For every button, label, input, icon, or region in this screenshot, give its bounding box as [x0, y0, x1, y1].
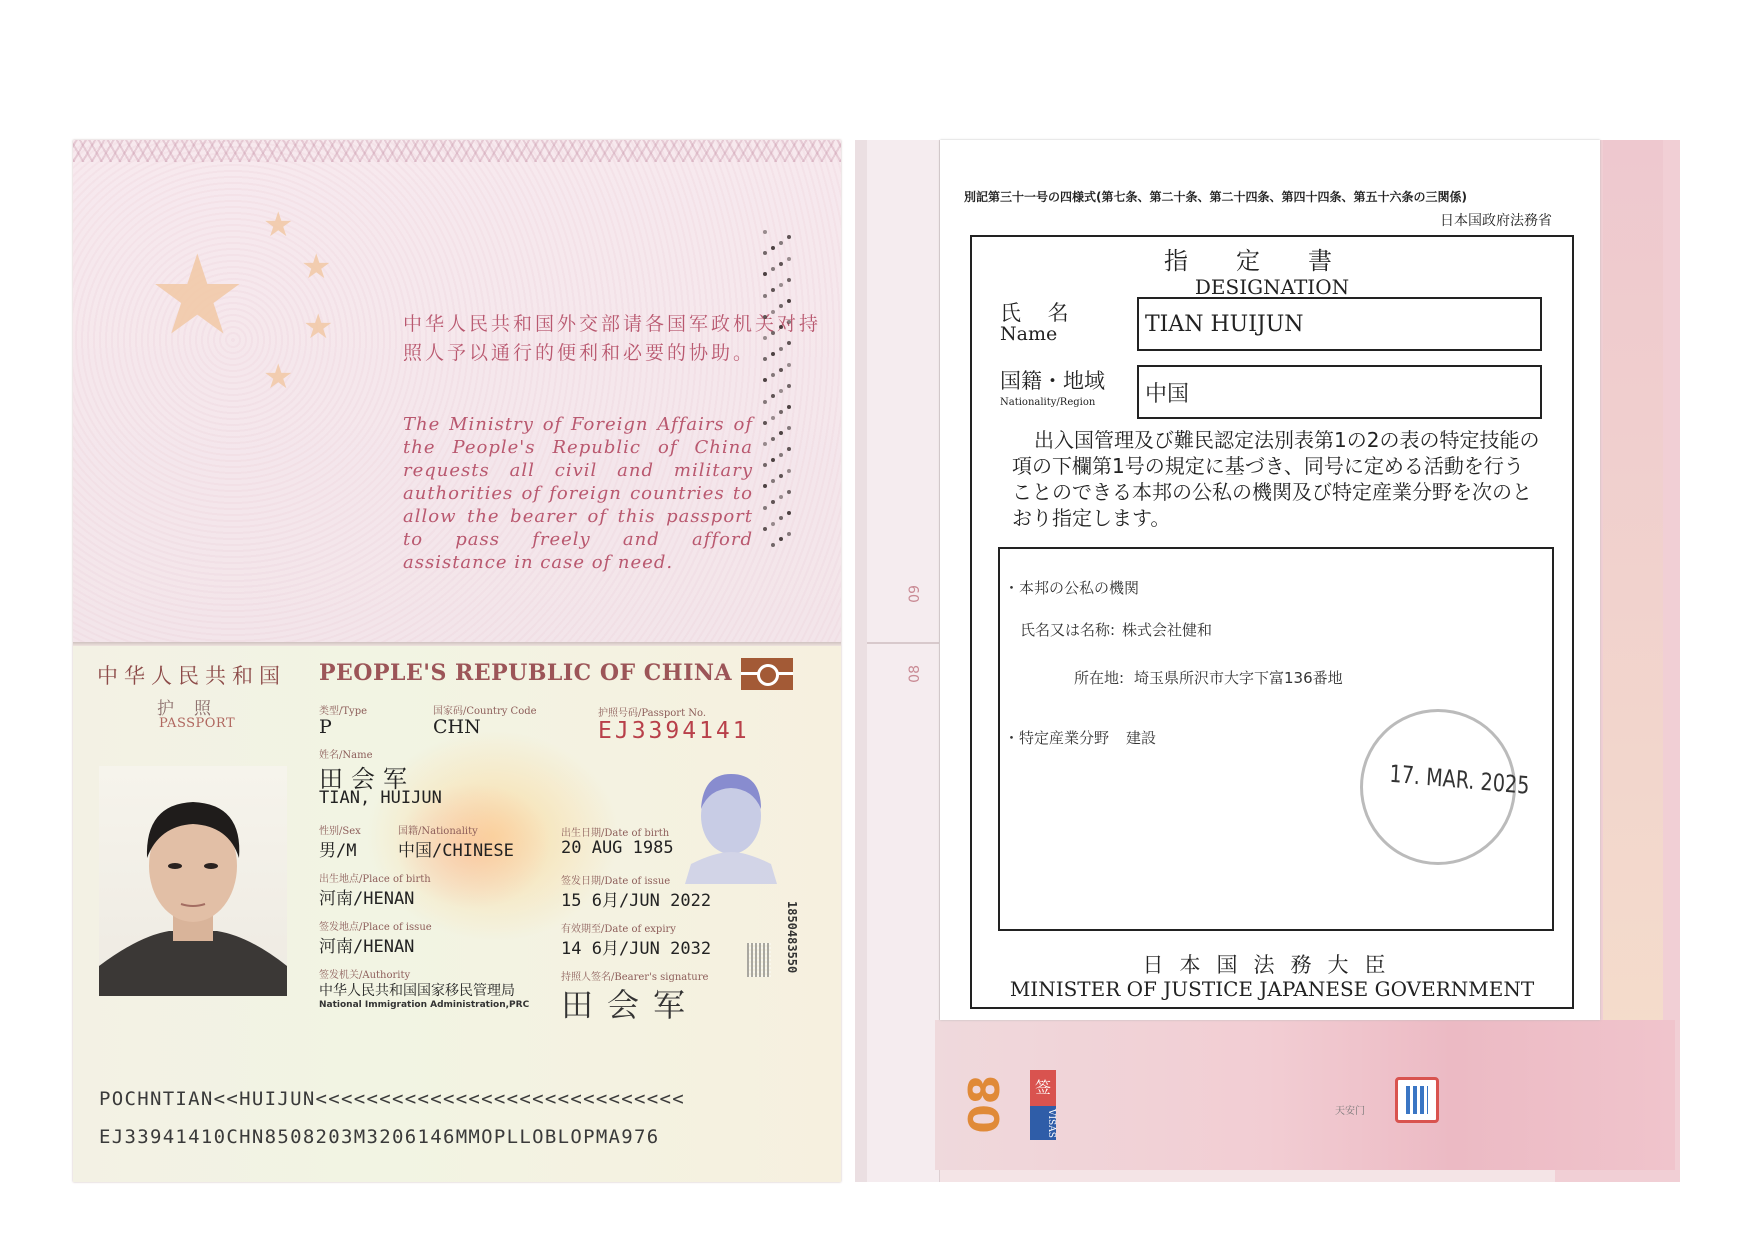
- page-number-lower: 08: [907, 665, 923, 683]
- e-passport-chip-icon: [741, 658, 793, 690]
- industry-field-heading: ・特定産業分野: [1004, 727, 1109, 748]
- perforation-dot: [771, 331, 775, 335]
- organization-heading: ・本邦の公私の機関: [1004, 577, 1139, 598]
- passport-observation-page: ★ ★ ★ ★ ★ 中华人民共和国外交部请各国军政机关对持照人予以通行的便利和必…: [73, 140, 841, 642]
- perforation-dot: [771, 310, 775, 314]
- place-of-issue-value: 河南/HENAN: [319, 932, 414, 957]
- small-star-icon: ★: [263, 208, 293, 242]
- passport-no-value: EJ3394141: [598, 718, 750, 744]
- perforation-dot: [779, 389, 783, 393]
- doc-label-en: PASSPORT: [159, 716, 235, 731]
- visa-page-number: 08: [960, 1075, 1009, 1133]
- guilloche-border: [73, 140, 841, 162]
- perforation-dot: [779, 453, 783, 457]
- perforation-dot: [763, 484, 767, 488]
- mrz-line-2: EJ33941410CHN8508203M3206146MMOPLLOBLOPM…: [99, 1126, 660, 1148]
- perforation-dot: [779, 304, 783, 308]
- perforation-dot: [771, 543, 775, 547]
- authority-value-en: National Immigration Administration,PRC: [319, 1000, 529, 1010]
- org-name-value: 株式会社健和: [1122, 619, 1212, 640]
- perforation-dot: [779, 516, 783, 520]
- org-address-label: 所在地:: [1074, 667, 1124, 688]
- perforation-dot: [771, 288, 775, 292]
- authority-label: 签发机关/Authority: [319, 966, 410, 981]
- perforation-dot: [763, 400, 767, 404]
- perforation-dot: [771, 373, 775, 377]
- perforation-dot: [763, 251, 767, 255]
- perforation-dot: [771, 267, 775, 271]
- perforation-dot: [779, 262, 783, 266]
- date-of-issue-label: 签发日期/Date of issue: [561, 872, 670, 887]
- tiananmen-icon: [1395, 1077, 1439, 1123]
- perforation-dot: [787, 341, 791, 345]
- perforation-dot: [763, 230, 767, 234]
- date-of-expiry-value: 14 6月/JUN 2032: [561, 934, 711, 959]
- perforation-dot: [787, 278, 791, 282]
- place-of-issue-label: 签发地点/Place of issue: [319, 918, 432, 933]
- name-field: TIAN HUIJUN: [1137, 297, 1542, 351]
- industry-field-value: 建設: [1126, 727, 1156, 748]
- perforation-dot: [771, 500, 775, 504]
- perforation-dot: [763, 463, 767, 467]
- ghost-image: [685, 764, 777, 884]
- perforation-dot: [763, 421, 767, 425]
- perforation-dot: [771, 522, 775, 526]
- perforation-dot: [779, 283, 783, 287]
- country-code-label: 国家码/Country Code: [433, 702, 537, 717]
- perforation-dot: [787, 257, 791, 261]
- page-edge-strip: 09 08: [867, 140, 940, 1182]
- perforation-dot: [787, 363, 791, 367]
- perforation-dot: [787, 532, 791, 536]
- perforation-dot: [787, 235, 791, 239]
- perforation-dot: [763, 357, 767, 361]
- small-star-icon: ★: [263, 360, 293, 394]
- small-star-icon: ★: [301, 250, 331, 284]
- perforation-dot: [779, 495, 783, 499]
- visas-badge-en: VISAS: [1030, 1106, 1056, 1140]
- immigration-date-stamp: 17. MAR. 2025: [1360, 709, 1516, 865]
- nationality-label-jp: 国籍・地域: [1000, 365, 1105, 395]
- issuing-ministry: 日本国政府法務省: [1440, 210, 1552, 230]
- stamp-date: 17. MAR. 2025: [1389, 760, 1490, 797]
- perforation-dot: [771, 458, 775, 462]
- landmark-label: 天安门: [1335, 1102, 1365, 1117]
- name-value-en: TIAN, HUIJUN: [319, 788, 442, 808]
- request-text-chinese: 中华人民共和国外交部请各国军政机关对持照人予以通行的便利和必要的协助。: [403, 310, 823, 368]
- header-country-en: PEOPLE'S REPUBLIC OF CHINA: [319, 660, 732, 686]
- page-divider: [867, 642, 939, 644]
- designation-frame: 指定書 DESIGNATION 氏 名 Name TIAN HUIJUN 国籍・…: [970, 235, 1574, 1009]
- perforation-dot: [771, 479, 775, 483]
- perforation-dot: [787, 426, 791, 430]
- form-title: 別記第三十一号の四様式(第七条、第二十条、第二十四条、第四十四条、第五十六条の三…: [964, 188, 1467, 205]
- place-of-birth-value: 河南/HENAN: [319, 884, 414, 909]
- visa-booklet: 09 08 08 签证 VISAS 天安门 別記第三十一号の四様式(第七条、第二…: [855, 140, 1680, 1182]
- right-page-edge: [1603, 140, 1663, 1040]
- request-text-english: The Ministry of Foreign Affairs of the P…: [403, 413, 753, 574]
- perforation-dot: [771, 416, 775, 420]
- perforation-dot: [779, 368, 783, 372]
- dob-value: 20 AUG 1985: [561, 838, 674, 858]
- perforation-dot: [787, 320, 791, 324]
- perforation-dot: [787, 405, 791, 409]
- perforation-dot: [763, 315, 767, 319]
- perforation-dot: [787, 490, 791, 494]
- place-of-birth-label: 出生地点/Place of birth: [319, 870, 431, 885]
- perforation-dot: [763, 294, 767, 298]
- nationality-label: 国籍/Nationality: [398, 822, 478, 837]
- name-label-en: Name: [1000, 323, 1057, 345]
- sex-value: 男/M: [319, 836, 356, 861]
- country-code-value: CHN: [433, 716, 481, 738]
- minister-title-en: MINISTER OF JUSTICE JAPANESE GOVERNMENT: [972, 977, 1572, 1001]
- perforation-dot: [771, 394, 775, 398]
- designated-details-frame: ・本邦の公私の機関 氏名又は名称: 株式会社健和 所在地: 埼玉県所沢市大字下富…: [998, 547, 1554, 931]
- type-label: 类型/Type: [319, 702, 367, 717]
- date-of-issue-value: 15 6月/JUN 2022: [561, 886, 711, 911]
- dob-label: 出生日期/Date of birth: [561, 824, 669, 839]
- perforation-dot: [779, 241, 783, 245]
- perforation-dot: [771, 437, 775, 441]
- mrz-line-1: POCHNTIAN<<HUIJUN<<<<<<<<<<<<<<<<<<<<<<<…: [99, 1088, 685, 1110]
- vertical-serial-number: 1850483550: [785, 901, 799, 973]
- perforation-dot: [763, 336, 767, 340]
- passport-no-label: 护照号码/Passport No.: [598, 704, 706, 719]
- org-name-label: 氏名又は名称:: [1020, 619, 1115, 640]
- perforation-dot: [779, 325, 783, 329]
- perforation-dot: [787, 469, 791, 473]
- perforation-dot: [763, 378, 767, 382]
- page-number-upper: 09: [907, 585, 923, 603]
- bearer-signature: 田会军: [561, 980, 699, 1026]
- security-pattern: [747, 943, 771, 977]
- perforation-dot: [779, 347, 783, 351]
- document-title-en: DESIGNATION: [972, 275, 1572, 299]
- perforation-dot: [779, 537, 783, 541]
- holder-photo: [99, 766, 287, 996]
- perforation-dot: [779, 474, 783, 478]
- type-value: P: [319, 716, 332, 738]
- perforation-dot: [771, 246, 775, 250]
- document-title-jp: 指定書: [972, 241, 1572, 276]
- designation-statement: 出入国管理及び難民認定法別表第1の2の表の特定技能の項の下欄第1号の規定に基づき…: [1012, 427, 1542, 531]
- perforation-dot: [763, 272, 767, 276]
- date-of-expiry-label: 有效期至/Date of expiry: [561, 920, 676, 935]
- perforation-dot: [787, 299, 791, 303]
- perforation-dot: [763, 442, 767, 446]
- large-star-icon: ★: [148, 240, 247, 350]
- small-star-icon: ★: [303, 310, 333, 344]
- designation-document: 別記第三十一号の四様式(第七条、第二十条、第二十四条、第四十四条、第五十六条の三…: [940, 140, 1600, 1020]
- authority-value-zh: 中华人民共和国国家移民管理局: [319, 980, 515, 1000]
- sex-label: 性别/Sex: [319, 822, 361, 837]
- perforation-dot: [763, 527, 767, 531]
- visas-badge-zh: 签证: [1030, 1070, 1056, 1106]
- passport-data-page: 中华人民共和国 PEOPLE'S REPUBLIC OF CHINA 护照 PA…: [73, 646, 841, 1182]
- perforation-dot: [779, 431, 783, 435]
- minister-title-jp: 日本国法務大臣: [972, 949, 1572, 979]
- header-country-zh: 中华人民共和国: [97, 660, 286, 690]
- nationality-value: 中国/CHINESE: [398, 836, 514, 861]
- nationality-label-en: Nationality/Region: [1000, 397, 1095, 408]
- org-address-value: 埼玉県所沢市大字下富136番地: [1134, 667, 1343, 688]
- passport-booklet: ★ ★ ★ ★ ★ 中华人民共和国外交部请各国军政机关对持照人予以通行的便利和必…: [73, 140, 841, 1182]
- perforation-dot: [787, 511, 791, 515]
- perforation-dot: [787, 447, 791, 451]
- perforated-number: [763, 230, 803, 550]
- visas-badge: 签证 VISAS: [1030, 1070, 1056, 1140]
- nationality-field: 中国: [1137, 365, 1542, 419]
- perforation-dot: [763, 506, 767, 510]
- perforation-dot: [779, 410, 783, 414]
- perforation-dot: [787, 384, 791, 388]
- perforation-dot: [771, 352, 775, 356]
